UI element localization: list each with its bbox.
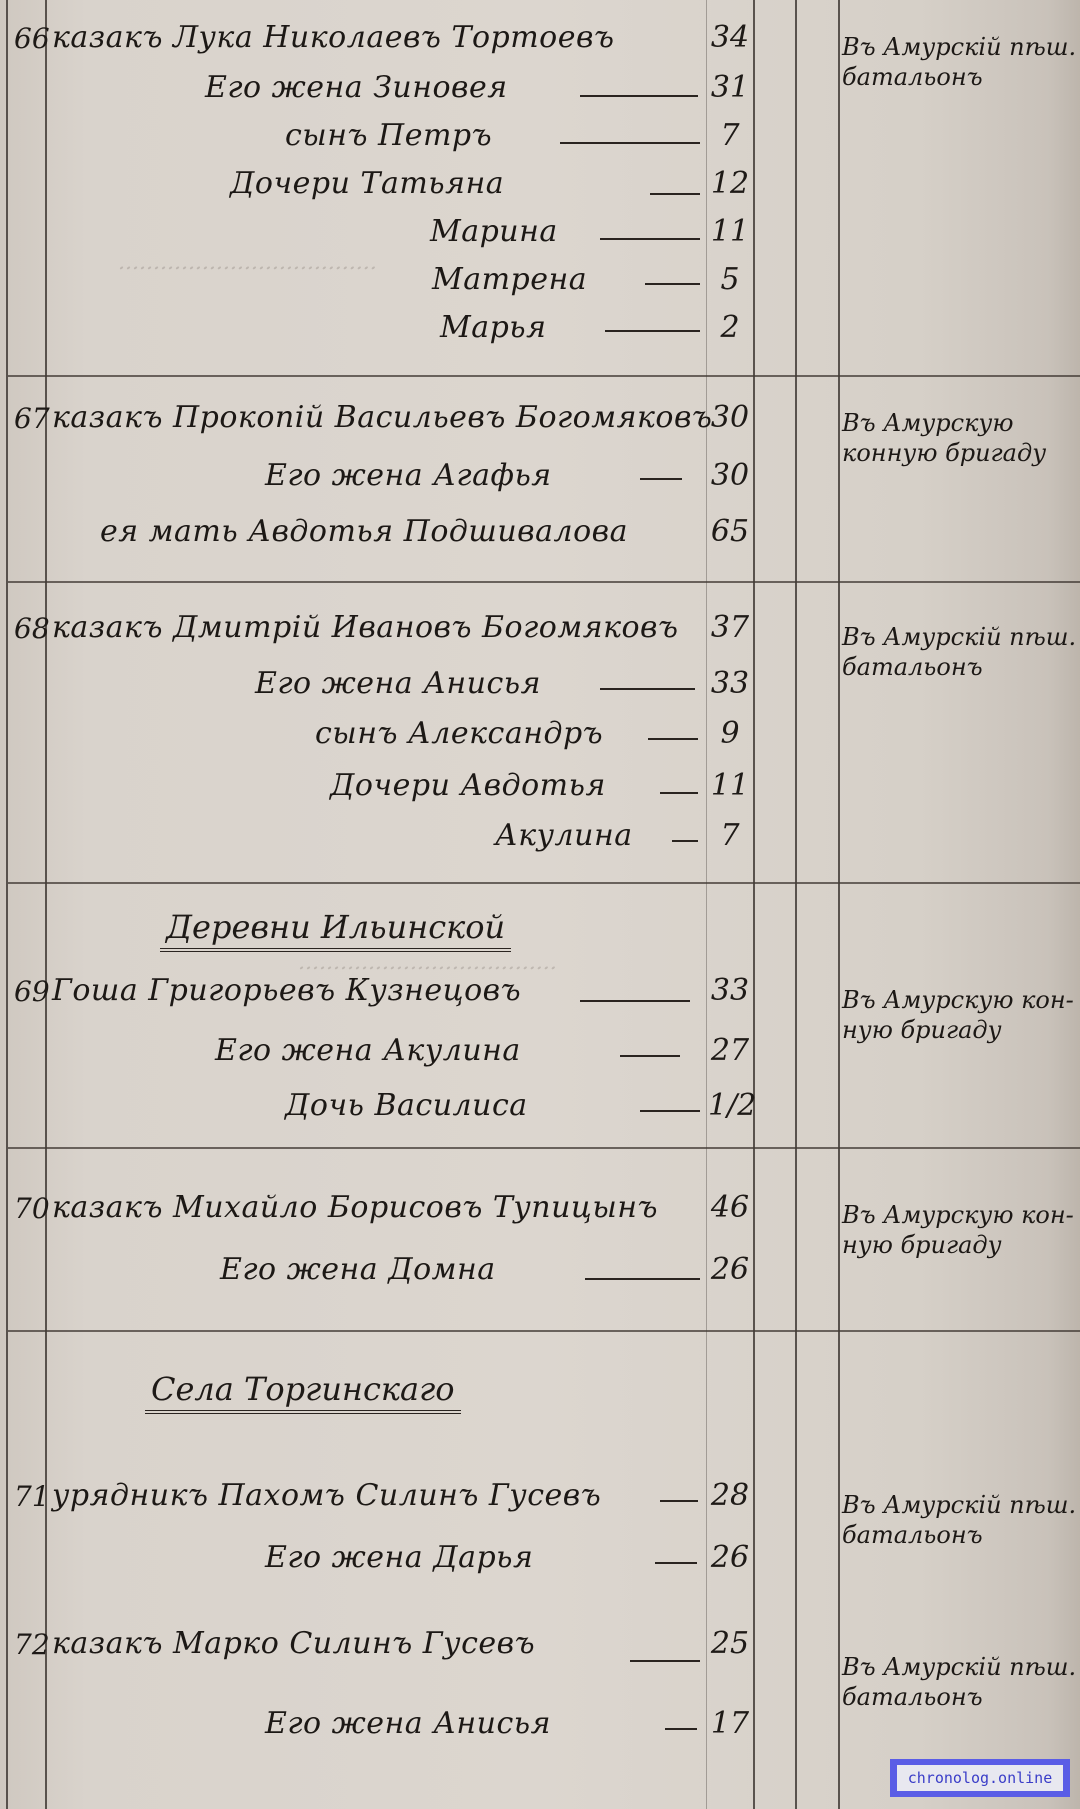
margin-rule (6, 0, 8, 1809)
family-member: Его жена Акулина (215, 1033, 521, 1068)
entry-age: 2 (708, 310, 752, 345)
leader-dash (585, 1278, 700, 1280)
empty-column-rule (795, 0, 797, 1809)
service-note: Въ Амурскую кон- ную бригаду (842, 985, 1074, 1045)
entry-age: 33 (708, 973, 752, 1008)
name-column-rule (706, 0, 707, 1809)
leader-dash (640, 478, 682, 480)
entry-age: 28 (708, 1478, 752, 1513)
family-member: ея мать Авдотья Подшивалова (100, 514, 628, 549)
leader-dash (660, 1500, 698, 1502)
entry-age: 26 (708, 1252, 752, 1287)
leader-dash (560, 142, 700, 144)
bleed-through: ..................................... (295, 950, 563, 975)
row-separator (8, 1330, 1080, 1332)
service-note: Въ Амурскую конную бригаду (842, 408, 1046, 468)
entry-age: 9 (708, 716, 752, 751)
entry-age: 46 (708, 1190, 752, 1225)
entry-age: 11 (708, 768, 752, 803)
family-member: Марина (430, 214, 558, 249)
leader-dash (580, 1000, 690, 1002)
leader-dash (600, 238, 700, 240)
row-separator (8, 375, 1080, 377)
family-member: Его жена Анисья (265, 1706, 551, 1741)
entry-number: 70 (14, 1192, 50, 1225)
row-separator (8, 581, 1080, 583)
entry-age: 11 (708, 214, 752, 249)
watermark-text: chronolog.online (897, 1765, 1063, 1791)
entry-head-name: казакъ Марко Силинъ Гусевъ (52, 1626, 535, 1661)
entry-age: 17 (708, 1706, 752, 1741)
family-member: Дочь Василиса (285, 1088, 528, 1123)
entry-head-name: казакъ Прокопій Васильевъ Богомяковъ (52, 400, 712, 435)
village-heading: Села Торгинскаго (145, 1370, 461, 1414)
leader-dash (645, 283, 700, 285)
entry-age: 30 (708, 458, 752, 493)
family-member: Его жена Агафья (265, 458, 552, 493)
service-note: Въ Амурскій пѣш. батальонъ (842, 1652, 1076, 1712)
village-heading: Деревни Ильинской (160, 908, 511, 952)
leader-dash (630, 1660, 700, 1662)
entry-age: 26 (708, 1540, 752, 1575)
entry-age: 25 (708, 1626, 752, 1661)
leader-dash (672, 840, 698, 842)
number-column-rule (45, 0, 47, 1809)
note-column-rule (838, 0, 840, 1809)
leader-dash (605, 330, 700, 332)
entry-age: 30 (708, 400, 752, 435)
family-member: Его жена Зиновея (205, 70, 508, 105)
family-member: Марья (440, 310, 547, 345)
entry-age: 34 (708, 20, 752, 55)
family-member: сынъ Петръ (285, 118, 492, 153)
entry-number: 71 (14, 1480, 50, 1513)
entry-age: 37 (708, 610, 752, 645)
service-note: Въ Амурскій пѣш. батальонъ (842, 32, 1076, 92)
register-page: ..................................... ..… (0, 0, 1080, 1809)
entry-age: 7 (708, 818, 752, 853)
family-member: сынъ Александръ (315, 716, 603, 751)
entry-number: 69 (14, 975, 50, 1008)
entry-head-name: казакъ Дмитрій Ивановъ Богомяковъ (52, 610, 679, 645)
watermark-badge: chronolog.online (890, 1759, 1070, 1797)
service-note: Въ Амурскій пѣш. батальонъ (842, 622, 1076, 682)
entry-head-name: казакъ Михайло Борисовъ Тупицынъ (52, 1190, 658, 1225)
leader-dash (620, 1055, 680, 1057)
entry-number: 66 (14, 22, 50, 55)
leader-dash (650, 193, 700, 195)
family-member: Его жена Анисья (255, 666, 541, 701)
leader-dash (640, 1110, 700, 1112)
family-member: Акулина (495, 818, 633, 853)
leader-dash (665, 1728, 697, 1730)
family-member: Дочери Авдотья (330, 768, 606, 803)
leader-dash (655, 1562, 697, 1564)
entry-age: 5 (708, 262, 752, 297)
row-separator (8, 882, 1080, 884)
service-note: Въ Амурскую кон- ную бригаду (842, 1200, 1074, 1260)
entry-number: 72 (14, 1628, 50, 1661)
entry-number: 68 (14, 612, 50, 645)
age-column-rule (753, 0, 755, 1809)
entry-age: 7 (708, 118, 752, 153)
entry-head-name: казакъ Лука Николаевъ Тортоевъ (52, 20, 614, 55)
family-member: Дочери Татьяна (230, 166, 504, 201)
family-member: Матрена (432, 262, 587, 297)
entry-age: 1/2 (708, 1088, 752, 1123)
service-note: Въ Амурскій пѣш. батальонъ (842, 1490, 1076, 1550)
leader-dash (648, 738, 698, 740)
family-member: Его жена Домна (220, 1252, 496, 1287)
entry-head-name: Гоша Григорьевъ Кузнецовъ (52, 973, 521, 1008)
leader-dash (580, 95, 698, 97)
bleed-through: ..................................... (115, 250, 383, 275)
row-separator (8, 1147, 1080, 1149)
entry-head-name: урядникъ Пахомъ Силинъ Гусевъ (52, 1478, 601, 1513)
leader-dash (660, 792, 698, 794)
entry-number: 67 (14, 402, 50, 435)
family-member: Его жена Дарья (265, 1540, 533, 1575)
entry-age: 12 (708, 166, 752, 201)
leader-dash (600, 688, 695, 690)
entry-age: 65 (708, 514, 752, 549)
entry-age: 27 (708, 1033, 752, 1068)
entry-age: 33 (708, 666, 752, 701)
entry-age: 31 (708, 70, 752, 105)
